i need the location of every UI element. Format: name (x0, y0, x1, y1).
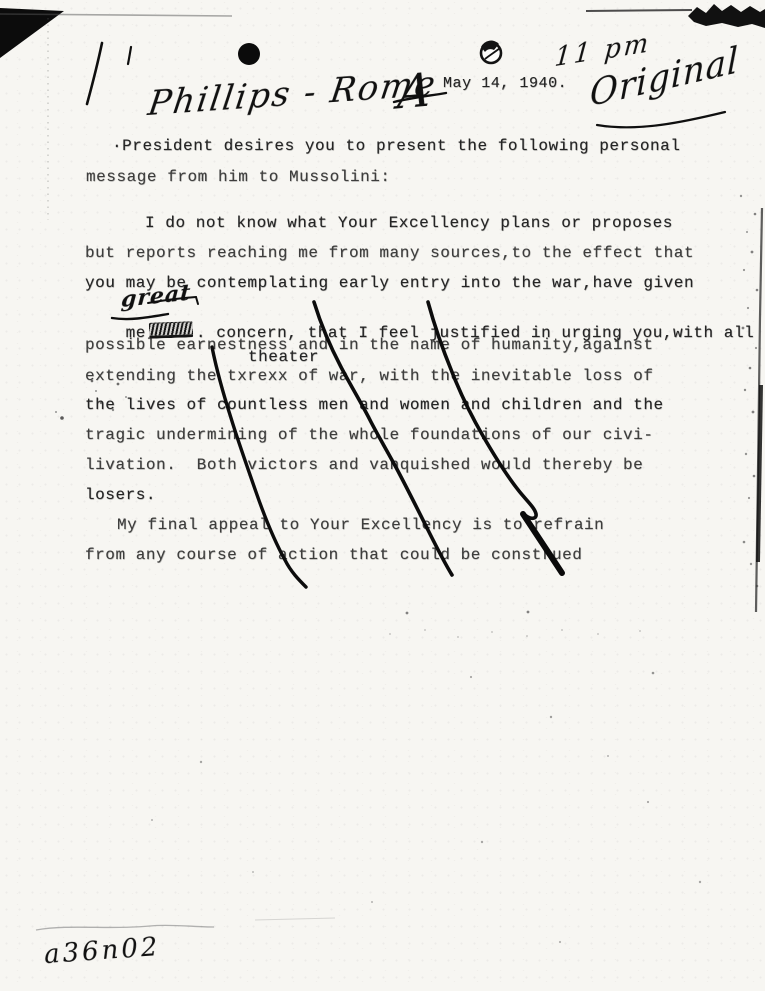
scanned-document-page: May 14, 1940. ·President desires you to … (0, 0, 765, 991)
scan-top-line-left (0, 14, 232, 16)
typed-line: message from him to Mussolini: (86, 169, 391, 185)
typed-line: My final appeal to Your Excellency is to… (117, 517, 604, 533)
typed-line: livation. Both victors and vanquished wo… (85, 457, 643, 473)
typed-line: the lives of countless men and women and… (85, 397, 664, 413)
scan-corner-triangle (0, 8, 64, 58)
hole-punch-shadow (481, 41, 499, 52)
hole-punch-filled (238, 43, 260, 65)
scan-top-line-right (586, 10, 692, 11)
typed-line: extending the txrexx of war, with the in… (85, 368, 654, 384)
original-underline (597, 112, 725, 127)
typed-line: from any course of action that could be … (85, 547, 582, 563)
scan-streak-right-dark (758, 385, 761, 562)
typed-line: losers. (85, 487, 156, 503)
handwritten-archive-code: a36n02 (43, 932, 161, 970)
typed-line: I do not know what Your Excellency plans… (145, 215, 673, 231)
scan-streak-right (756, 208, 762, 612)
hole-punch-ring (481, 43, 501, 63)
scan-dash-bottom (255, 918, 335, 920)
handwritten-slash-mark (87, 43, 102, 104)
typed-date: May 14, 1940. (443, 76, 567, 91)
typed-line: tragic undermining of the whole foundati… (85, 427, 654, 443)
typed-line: but reports reaching me from many source… (85, 245, 694, 261)
typed-line: possible earnestness and in the name of … (85, 337, 654, 353)
scan-blob-top-right (688, 4, 765, 28)
handwritten-tick-mark (128, 47, 131, 64)
scan-squiggle-bottom (36, 925, 214, 930)
handwritten-addressee-initial: A (396, 62, 434, 120)
typed-line: ·President desires you to present the fo… (112, 138, 681, 154)
hole-punch-inner-mark (485, 48, 500, 59)
typed-interline-correction: theater (248, 349, 319, 365)
